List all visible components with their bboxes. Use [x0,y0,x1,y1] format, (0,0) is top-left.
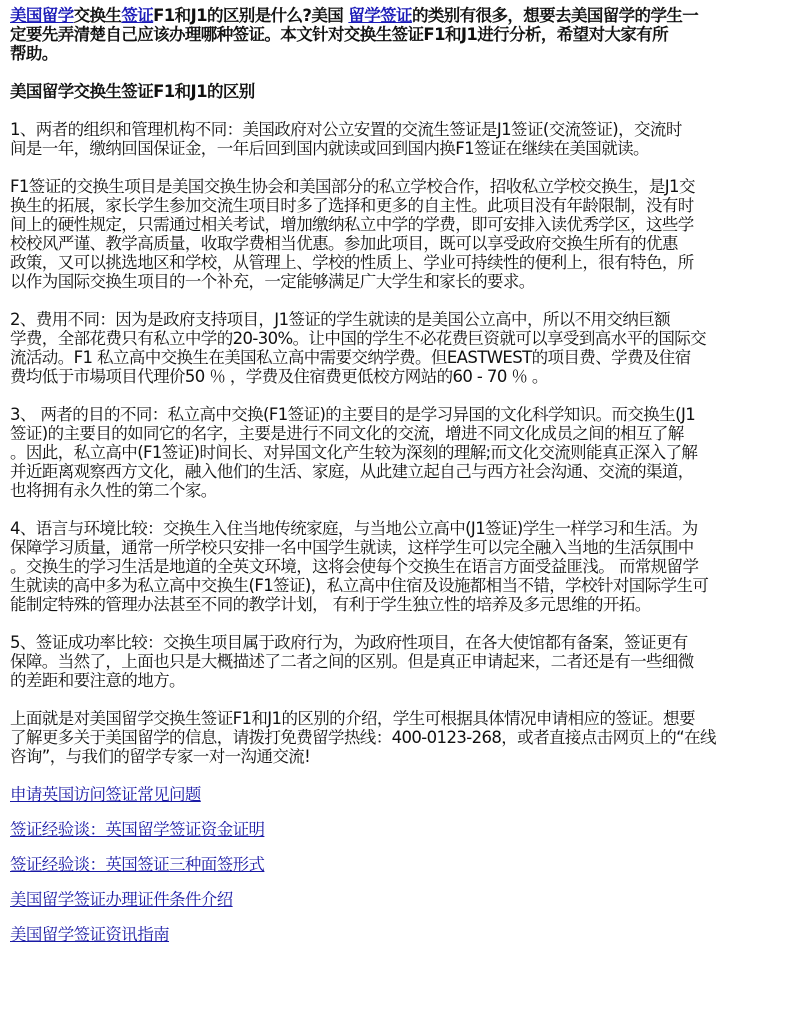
related-link-us-visa-guide[interactable]: 美国留学签证资讯指南 [10,925,798,944]
paragraph-line: 保障。当然了，上面也只是大概描述了二者之间的区别。但是真正申请起来，二者还是有一… [10,652,798,671]
paragraph-line: 2、费用不同：因为是政府支持项目，J1签证的学生就读的是美国公立高中，所以不用交… [10,310,798,329]
paragraph-line: 以作为国际交换生项目的一个补充，一定能够满足广大学生和家长的要求。 [10,272,798,291]
paragraph-3: 2、费用不同：因为是政府支持项目，J1签证的学生就读的是美国公立高中，所以不用交… [10,310,798,386]
related-links: 申请英国访问签证常见问题 签证经验谈：英国留学签证资金证明 签证经验谈：英国签证… [10,785,798,944]
paragraph-6: 5、签证成功率比较：交换生项目属于政府行为，为政府性项目，在各大使馆都有备案，签… [10,633,798,690]
paragraph-line: 4、语言与环境比较：交换生入住当地传统家庭，与当地公立高中(J1签证)学生一样学… [10,519,798,538]
paragraph-line: 。因此，私立高中(F1签证)时间长、对异国文化产生较为深刻的理解;而文化交流则能… [10,443,798,462]
intro-line-2: 定要先弄清楚自己应该办理哪种签证。本文针对交换生签证F1和J1进行分析，希望对大… [10,25,798,44]
intro-paragraph: 美国留学交换生签证F1和J1的区别是什么?美国 留学签证的类别有很多，想要去美国… [10,6,798,63]
intro-text-3: 的类别有很多，想要去美国留学的学生一 [412,6,698,25]
article-page: 美国留学交换生签证F1和J1的区别是什么?美国 留学签证的类别有很多，想要去美国… [0,0,808,944]
paragraph-line: 保障学习质量，通常一所学校只安排一名中国学生就读，这样学生可以完全融入当地的生活… [10,538,798,557]
paragraph-line: 咨询”，与我们的留学专家一对一沟通交流! [10,747,798,766]
paragraph-line: 间上的硬性规定，只需通过相关考试，增加缴纳私立中学的学费，即可安排入读优秀学区，… [10,215,798,234]
paragraph-line: 也将拥有永久性的第二个家。 [10,481,798,500]
paragraph-line: F1签证的交换生项目是美国交换生协会和美国部分的私立学校合作，招收私立学校交换生… [10,177,798,196]
paragraph-5: 4、语言与环境比较：交换生入住当地传统家庭，与当地公立高中(J1签证)学生一样学… [10,519,798,614]
related-link-uk-visa-interview-forms[interactable]: 签证经验谈：英国签证三种面签形式 [10,855,798,874]
link-visa[interactable]: 签证 [121,6,153,25]
section-heading: 美国留学交换生签证F1和J1的区别 [10,82,798,101]
paragraph-line: 。交换生的学习生活是地道的全英文环境，这将会使每个交换生在语言方面受益匪浅。 而… [10,557,798,576]
related-link-uk-visa-funds-proof[interactable]: 签证经验谈：英国留学签证资金证明 [10,820,798,839]
paragraph-line: 换生的拓展，家长学生参加交流生项目时多了选择和更多的自主性。此项目没有年龄限制，… [10,196,798,215]
paragraph-2: F1签证的交换生项目是美国交换生协会和美国部分的私立学校合作，招收私立学校交换生… [10,177,798,291]
paragraph-line: 能制定特殊的管理办法甚至不同的教学计划， 有利于学生独立性的培养及多元思维的开拓… [10,595,798,614]
link-study-visa[interactable]: 留学签证 [348,6,412,25]
paragraph-line: 生就读的高中多为私立高中交换生(F1签证)，私立高中住宿及设施都相当不错，学校针… [10,576,798,595]
paragraph-summary: 上面就是对美国留学交换生签证F1和J1的区别的介绍，学生可根据具体情况申请相应的… [10,709,798,766]
paragraph-line: 流活动。F1 私立高中交换生在美国私立高中需要交纳学费。但EASTWEST的项目… [10,348,798,367]
paragraph-line: 上面就是对美国留学交换生签证F1和J1的区别的介绍，学生可根据具体情况申请相应的… [10,709,798,728]
paragraph-line: 3、 两者的目的不同：私立高中交换(F1签证)的主要目的是学习异国的文化科学知识… [10,405,798,424]
intro-line-3: 帮助。 [10,44,798,63]
paragraph-line: 学费，全部花费只有私立中学的20-30%。让中国的学生不必花费巨资就可以享受到高… [10,329,798,348]
paragraph-line: 并近距离观察西方文化，融入他们的生活、家庭，从此建立起自己与西方社会沟通、交流的… [10,462,798,481]
link-us-study[interactable]: 美国留学 [10,6,74,25]
paragraph-line: 5、签证成功率比较：交换生项目属于政府行为，为政府性项目，在各大使馆都有备案，签… [10,633,798,652]
paragraph-line: 签证)的主要目的如同它的名字，主要是进行不同文化的交流，增进不同文化成员之间的相… [10,424,798,443]
paragraph-line: 间是一年，缴纳回国保证金，一年后回到国内就读或回到国内换F1签证在继续在美国就读… [10,139,798,158]
paragraph-4: 3、 两者的目的不同：私立高中交换(F1签证)的主要目的是学习异国的文化科学知识… [10,405,798,500]
related-link-uk-visit-visa-faq[interactable]: 申请英国访问签证常见问题 [10,785,798,804]
related-link-us-visa-documents[interactable]: 美国留学签证办理证件条件介绍 [10,890,798,909]
intro-text-2: F1和J1的区别是什么?美国 [153,6,348,25]
intro-text-1: 交换生 [74,6,122,25]
paragraph-line: 政策，又可以挑选地区和学校，从管理上、学校的性质上、学业可持续性的便利上，很有特… [10,253,798,272]
paragraph-line: 校校风严谨、教学高质量，收取学费相当优惠。参加此项目，既可以享受政府交换生所有的… [10,234,798,253]
section-heading-text: 美国留学交换生签证F1和J1的区别 [10,82,798,101]
intro-line-1: 美国留学交换生签证F1和J1的区别是什么?美国 留学签证的类别有很多，想要去美国… [10,6,798,25]
paragraph-line: 了解更多关于美国留学的信息，请拨打免费留学热线：400-0123-268，或者直… [10,728,798,747]
paragraph-line: 的差距和要注意的地方。 [10,671,798,690]
paragraph-1: 1、两者的组织和管理机构不同：美国政府对公立安置的交流生签证是J1签证(交流签证… [10,120,798,158]
paragraph-line: 费均低于市場项目代理价50 ％ ，学费及住宿费更低校方网站的60 - 70 ％ … [10,367,798,386]
paragraph-line: 1、两者的组织和管理机构不同：美国政府对公立安置的交流生签证是J1签证(交流签证… [10,120,798,139]
